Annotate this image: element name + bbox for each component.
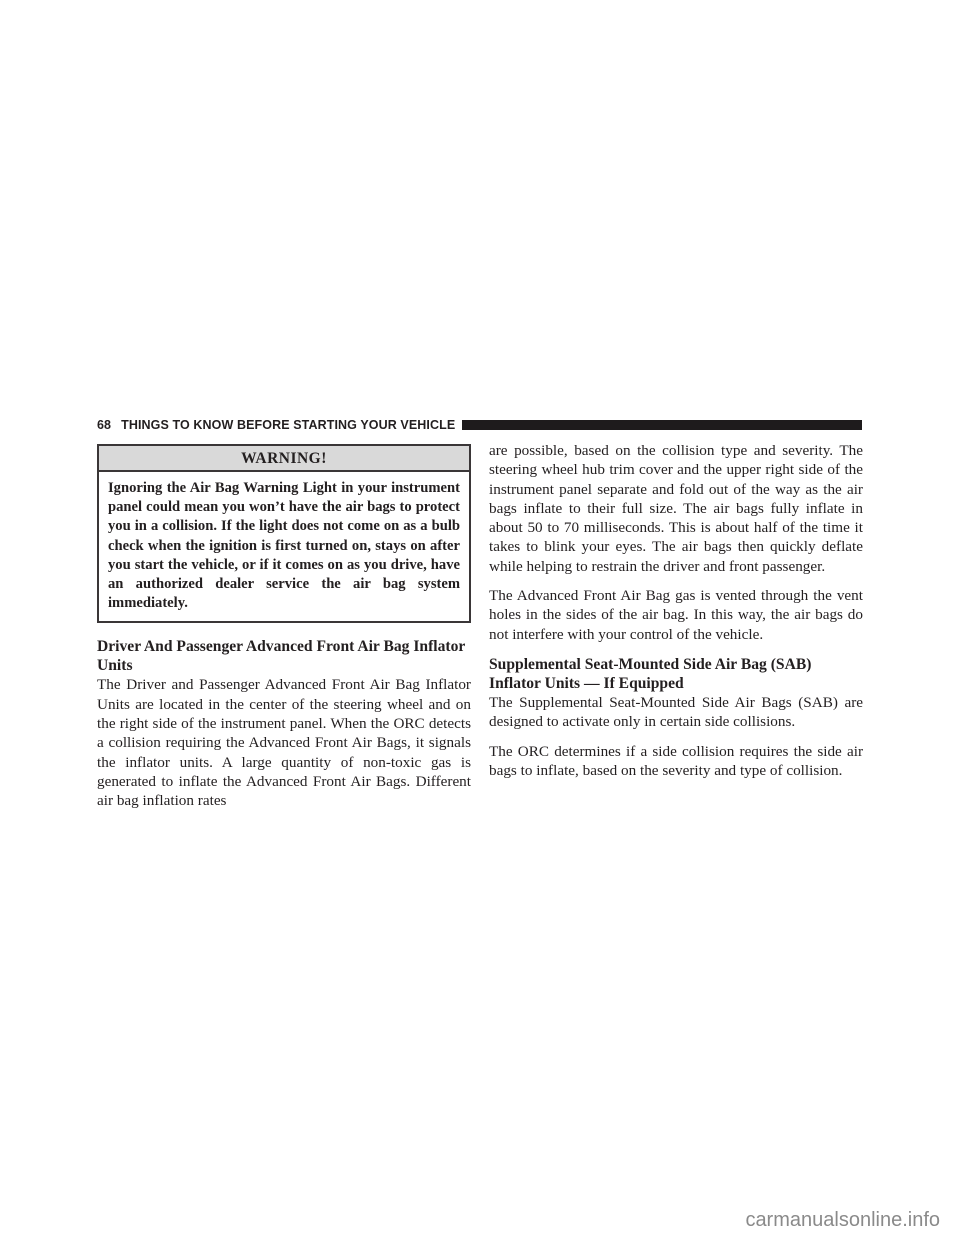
section-title: THINGS TO KNOW BEFORE STARTING YOUR VEHI…	[121, 418, 455, 432]
warning-box: WARNING! Ignoring the Air Bag Warning Li…	[97, 444, 471, 623]
paragraph-front-inflator-part1: The Driver and Passenger Advanced Front …	[97, 675, 471, 810]
page-number: 68	[97, 418, 111, 432]
warning-title: WARNING!	[99, 446, 469, 472]
section-heading-side-inflator: Supplemental Seat-Mounted Side Air Bag (…	[489, 655, 863, 693]
header-rule	[462, 420, 862, 430]
paragraph-front-inflator-part2: are possible, based on the collision typ…	[489, 441, 863, 576]
right-column: are possible, based on the collision typ…	[489, 441, 863, 780]
watermark-link[interactable]: carmanualsonline.info	[745, 1209, 940, 1232]
page-header: 68 THINGS TO KNOW BEFORE STARTING YOUR V…	[97, 417, 862, 433]
section-heading-front-inflator: Driver And Passenger Advanced Front Air …	[97, 637, 471, 675]
left-column: WARNING! Ignoring the Air Bag Warning Li…	[97, 444, 471, 811]
paragraph-sab-designed: The Supplemental Seat-Mounted Side Air B…	[489, 693, 863, 732]
warning-text: Ignoring the Air Bag Warning Light in yo…	[99, 472, 469, 621]
paragraph-gas-vented: The Advanced Front Air Bag gas is vented…	[489, 586, 863, 644]
paragraph-orc-determines: The ORC determines if a side collision r…	[489, 742, 863, 781]
